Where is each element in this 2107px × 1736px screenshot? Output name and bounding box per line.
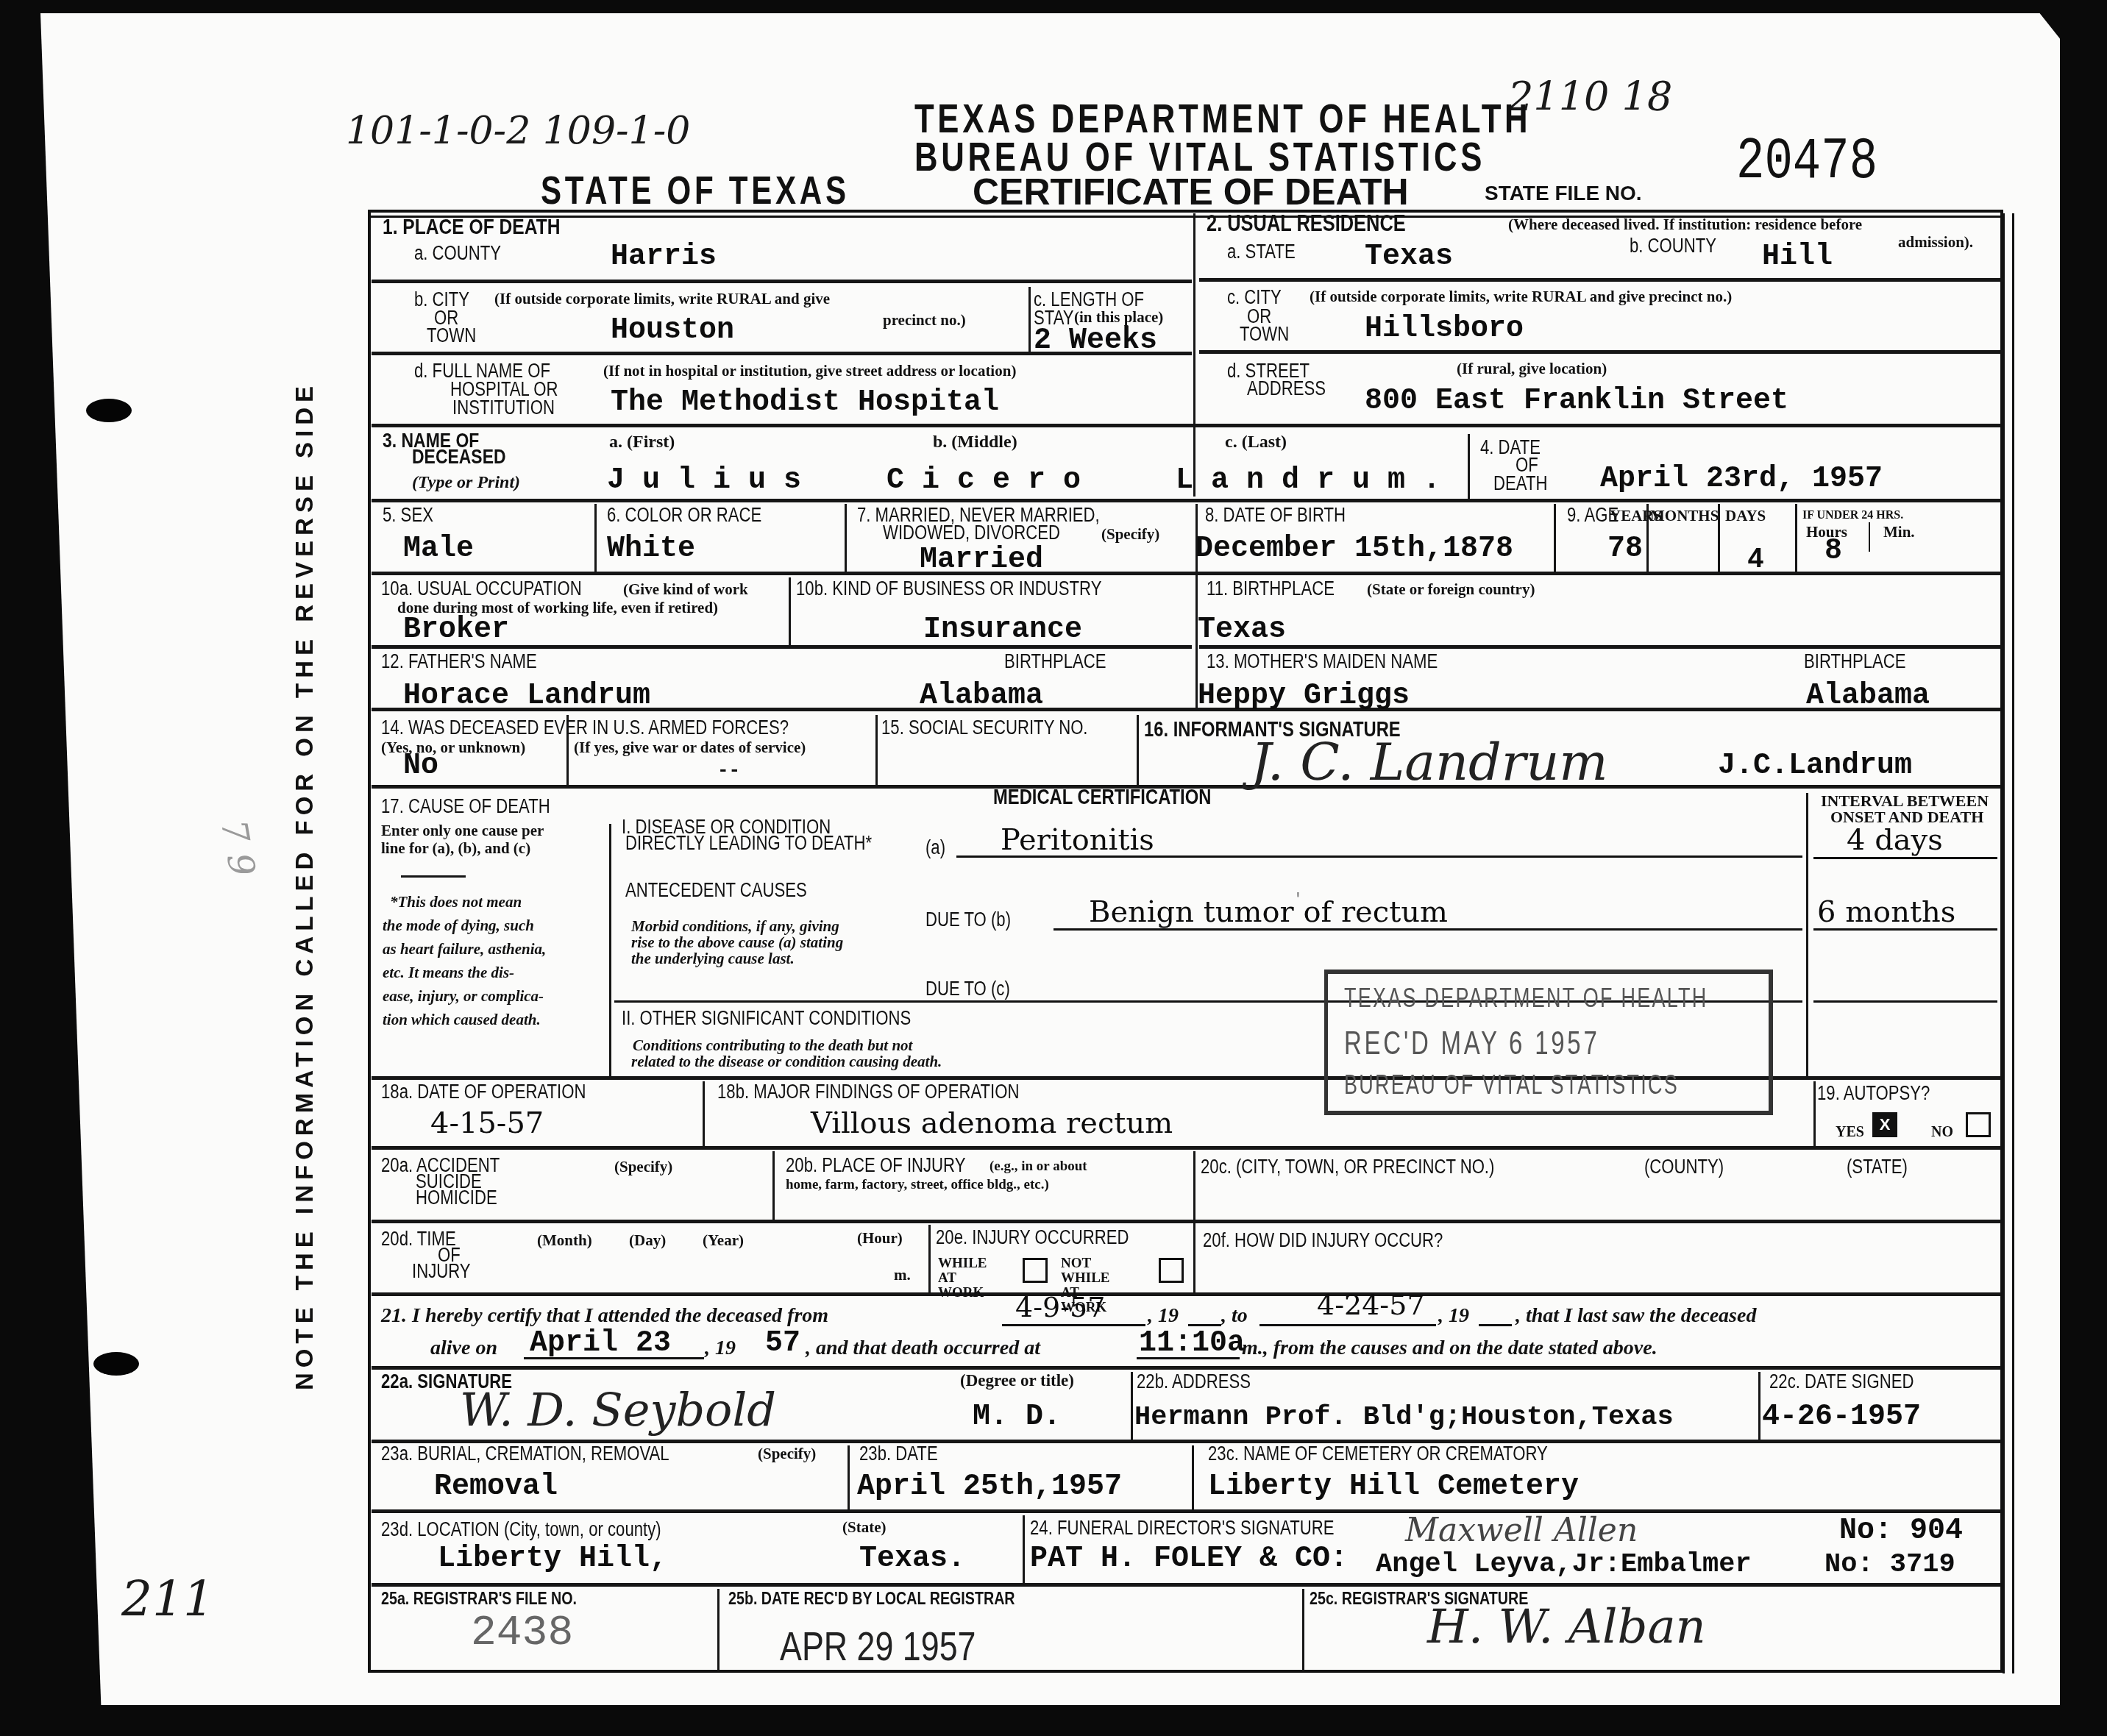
how-injury-label: 20f. HOW DID INJURY OCCUR? bbox=[1203, 1230, 1443, 1251]
armed-hint-2: (If yes, give war or dates of service) bbox=[574, 739, 806, 755]
rule bbox=[1199, 350, 2003, 354]
hour-label: (Hour) bbox=[857, 1230, 903, 1246]
registrar-file-no-field[interactable]: 2438 bbox=[471, 1609, 573, 1657]
disposition-date-field[interactable]: April 25th,1957 bbox=[857, 1471, 1122, 1504]
marital-status-field[interactable]: Married bbox=[920, 544, 1043, 577]
handwritten-codes-left: 101-1-0-2 109-1-0 bbox=[346, 109, 690, 153]
middle-name-label: b. (Middle) bbox=[933, 434, 1017, 450]
death-county-field[interactable]: Harris bbox=[611, 241, 717, 274]
birthplace-label: 11. BIRTHPLACE bbox=[1207, 578, 1335, 599]
marital-label-2: WIDOWED, DIVORCED bbox=[883, 522, 1060, 543]
column-divider bbox=[1468, 434, 1470, 500]
father-birthplace-label: BIRTHPLACE bbox=[1004, 651, 1106, 672]
injury-county-label: (COUNTY) bbox=[1644, 1156, 1724, 1177]
underline bbox=[1137, 1357, 1240, 1359]
cause-c-label: DUE TO (c) bbox=[925, 978, 1010, 999]
days-label: DAYS bbox=[1725, 508, 1766, 524]
column-divider bbox=[1028, 287, 1031, 352]
rule bbox=[372, 1292, 2001, 1296]
footnote-line-1: *This does not mean bbox=[390, 894, 522, 910]
stamp-line-1: TEXAS DEPARTMENT OF HEALTH bbox=[1344, 983, 1708, 1014]
injury-type-hint: (Specify) bbox=[614, 1159, 672, 1175]
certify-line-2-mid: , and that death occurred at bbox=[806, 1340, 1040, 1356]
usual-residence-hint-2: admission). bbox=[1898, 234, 1973, 250]
column-divider bbox=[789, 577, 791, 645]
informant-typed-name: J.C.Landrum bbox=[1718, 750, 1912, 783]
place-of-death-label: 1. PLACE OF DEATH bbox=[383, 217, 560, 238]
underline bbox=[1188, 1324, 1221, 1326]
date-of-death-label-3: DEATH bbox=[1493, 473, 1547, 494]
attended-to-field[interactable]: 4-24-57 bbox=[1317, 1289, 1425, 1321]
disposition-method-label: 23a. BURIAL, CREMATION, REMOVAL bbox=[381, 1443, 669, 1464]
funeral-director-name[interactable]: PAT H. FOLEY & CO: bbox=[1030, 1543, 1348, 1576]
autopsy-label: 19. AUTOPSY? bbox=[1817, 1083, 1930, 1103]
first-name-field[interactable]: J u l i u s bbox=[607, 465, 801, 497]
certify-to: , to bbox=[1221, 1308, 1248, 1324]
underline bbox=[1002, 1324, 1145, 1326]
am-pm-label: m. bbox=[894, 1267, 911, 1283]
city-label-town: TOWN bbox=[427, 325, 476, 346]
column-divider bbox=[1869, 522, 1870, 552]
embalmer-license-no: No: 3719 bbox=[1824, 1548, 1955, 1581]
antecedent-hint-3: the underlying cause last. bbox=[631, 950, 795, 967]
cause-b-label: DUE TO (b) bbox=[925, 909, 1011, 930]
physician-address-field[interactable]: Hermann Prof. Bld'g;Houston,Texas bbox=[1134, 1401, 1674, 1434]
occupation-field[interactable]: Broker bbox=[403, 614, 509, 647]
embalmer-name[interactable]: Angel Leyva,Jr:Embalmer bbox=[1376, 1548, 1752, 1581]
part1-label-2: DIRECTLY LEADING TO DEATH* bbox=[625, 833, 872, 853]
footnote-line-4: etc. It means the dis- bbox=[383, 964, 514, 981]
sex-field[interactable]: Male bbox=[403, 533, 474, 566]
armed-dates-field[interactable]: -- bbox=[717, 754, 740, 786]
min-label: Min. bbox=[1883, 524, 1915, 540]
funeral-license-no: No: 904 bbox=[1839, 1515, 1963, 1548]
ssn-label: 15. SOCIAL SECURITY NO. bbox=[881, 717, 1088, 738]
column-divider bbox=[1137, 715, 1139, 785]
marital-hint: (Specify) bbox=[1101, 526, 1159, 542]
rule bbox=[372, 499, 2001, 502]
column-divider bbox=[703, 1081, 705, 1146]
column-divider bbox=[717, 1589, 719, 1670]
age-years-field[interactable]: 78 bbox=[1607, 533, 1643, 566]
rule bbox=[372, 1146, 2001, 1150]
certify-line-1-pre: 21. I hereby certify that I attended the… bbox=[381, 1308, 828, 1324]
residence-city-label: c. CITY bbox=[1227, 287, 1282, 307]
interval-label-1: INTERVAL BETWEEN bbox=[1821, 793, 1989, 809]
handwritten-code-right: 2110 18 bbox=[1508, 74, 1672, 120]
informant-signature[interactable]: J. C. Landrum bbox=[1251, 732, 1608, 792]
medical-certification-title: MEDICAL CERTIFICATION bbox=[993, 787, 1211, 808]
rule bbox=[372, 424, 2001, 427]
date-signed-label: 22c. DATE SIGNED bbox=[1769, 1371, 1914, 1392]
part2-hint-2: related to the disease or condition caus… bbox=[631, 1053, 942, 1070]
degree-label: (Degree or title) bbox=[960, 1373, 1074, 1389]
stamp-line-3: BUREAU OF VITAL STATISTICS bbox=[1344, 1070, 1679, 1100]
sex-label: 5. SEX bbox=[383, 505, 433, 525]
underline bbox=[1259, 1324, 1436, 1326]
column-divider bbox=[1023, 1515, 1025, 1583]
injury-occurred-label: 20e. INJURY OCCURRED bbox=[936, 1227, 1129, 1248]
armed-forces-label: 14. WAS DECEASED EVER IN U.S. ARMED FORC… bbox=[381, 717, 789, 738]
rule bbox=[372, 1509, 2001, 1513]
attended-from-field[interactable]: 4-9-57 bbox=[1015, 1291, 1105, 1323]
column-divider bbox=[594, 504, 597, 572]
state-file-no-label: STATE FILE NO. bbox=[1485, 182, 1642, 205]
certify-19-a: , 19 bbox=[1148, 1308, 1179, 1324]
disposition-location-field[interactable]: Liberty Hill, bbox=[438, 1543, 667, 1576]
rule bbox=[401, 875, 466, 878]
autopsy-no-checkbox[interactable] bbox=[1966, 1112, 1991, 1137]
stay-hint: (in this place) bbox=[1074, 309, 1163, 325]
autopsy-yes-label: YES bbox=[1836, 1124, 1864, 1140]
certify-19-c: , 19 bbox=[705, 1340, 736, 1356]
column-divider bbox=[928, 1225, 931, 1292]
injury-location-label: 20c. (CITY, TOWN, OR PRECINCT NO.) bbox=[1201, 1156, 1494, 1177]
usual-residence-label: 2. USUAL RESIDENCE bbox=[1207, 213, 1406, 234]
last-name-label: c. (Last) bbox=[1225, 434, 1287, 450]
residence-state-field[interactable]: Texas bbox=[1365, 241, 1453, 274]
disposition-state-label: (State) bbox=[842, 1519, 886, 1535]
state-file-number: 20478 bbox=[1736, 129, 1877, 196]
disposition-date-label: 23b. DATE bbox=[859, 1443, 938, 1464]
column-divider bbox=[848, 1445, 850, 1509]
column-divider bbox=[1758, 1372, 1760, 1440]
hospital-field[interactable]: The Methodist Hospital bbox=[611, 387, 999, 419]
underline bbox=[524, 1357, 704, 1359]
column-divider bbox=[875, 715, 878, 785]
months-label: MONTHS bbox=[1650, 508, 1719, 524]
autopsy-yes-checkbox[interactable]: X bbox=[1872, 1112, 1897, 1137]
stamp-line-2: REC'D MAY 6 1957 bbox=[1344, 1025, 1600, 1062]
mother-name-field[interactable]: Heppy Griggs bbox=[1198, 680, 1410, 713]
punch-hole-top bbox=[86, 399, 132, 422]
certify-line-2-pre: alive on bbox=[430, 1340, 497, 1356]
funeral-director-signature[interactable]: Maxwell Allen bbox=[1405, 1512, 1638, 1549]
cemetery-label: 23c. NAME OF CEMETERY OR CREMATORY bbox=[1208, 1443, 1548, 1464]
disposition-state-field[interactable]: Texas. bbox=[859, 1543, 965, 1576]
column-divider bbox=[1192, 1445, 1194, 1509]
underline bbox=[1813, 857, 1997, 859]
interval-b-field[interactable]: 6 months bbox=[1817, 896, 1955, 928]
part2-label: II. OTHER SIGNIFICANT CONDITIONS bbox=[622, 1008, 911, 1028]
footnote-line-6: tion which caused death. bbox=[383, 1011, 541, 1028]
race-label: 6. COLOR OR RACE bbox=[607, 505, 761, 525]
column-divider bbox=[1302, 1589, 1304, 1670]
city-hint: (If outside corporate limits, write RURA… bbox=[494, 291, 830, 307]
residence-county-field[interactable]: Hill bbox=[1762, 241, 1833, 274]
name-label-3: (Type or Print) bbox=[412, 474, 520, 491]
rule bbox=[372, 1220, 2001, 1223]
last-name-field[interactable]: L a n d r u m . bbox=[1176, 465, 1440, 497]
father-birthplace-field[interactable]: Alabama bbox=[920, 680, 1043, 713]
column-divider bbox=[772, 1151, 775, 1220]
cemetery-field[interactable]: Liberty Hill Cemetery bbox=[1208, 1471, 1579, 1504]
footnote-line-5: ease, injury, or complica- bbox=[383, 988, 544, 1004]
rule bbox=[1199, 645, 2003, 649]
injury-place-hint-2: home, farm, factory, street, office bldg… bbox=[786, 1177, 1049, 1193]
registrar-file-no-label: 25a. REGISTRAR'S FILE NO. bbox=[381, 1589, 577, 1609]
rule bbox=[372, 1366, 2001, 1370]
operation-findings-field[interactable]: Villous adenoma rectum bbox=[811, 1107, 1173, 1139]
antecedent-label: ANTECEDENT CAUSES bbox=[625, 880, 807, 900]
mother-birthplace-field[interactable]: Alabama bbox=[1806, 680, 1930, 713]
autopsy-no-label: NO bbox=[1931, 1124, 1953, 1140]
injury-state-label: (STATE) bbox=[1847, 1156, 1908, 1177]
antecedent-hint-1: Morbid conditions, if any, giving bbox=[631, 918, 839, 934]
part2-hint-1: Conditions contributing to the death but… bbox=[633, 1037, 912, 1053]
column-divider bbox=[1131, 1372, 1133, 1440]
operation-date-field[interactable]: 4-15-57 bbox=[430, 1107, 544, 1139]
while-at-work-checkbox[interactable] bbox=[1023, 1258, 1048, 1283]
injury-type-label-3: HOMICIDE bbox=[416, 1187, 497, 1208]
middle-name-field[interactable]: C i c e r o bbox=[886, 465, 1081, 497]
underline bbox=[1053, 928, 1802, 931]
column-divider bbox=[1806, 793, 1808, 1076]
certify-19-b: , 19 bbox=[1438, 1308, 1469, 1324]
cause-hint-1: Enter only one cause per bbox=[381, 822, 544, 839]
hospital-label-3: INSTITUTION bbox=[452, 397, 555, 418]
certify-line-2-post: m., from the causes and on the date stat… bbox=[1242, 1340, 1657, 1356]
month-label: (Month) bbox=[537, 1232, 592, 1248]
mother-birthplace-label: BIRTHPLACE bbox=[1804, 651, 1906, 672]
hospital-hint: (If not in hospital or institution, give… bbox=[603, 363, 1016, 379]
date-signed-field[interactable]: 4-26-1957 bbox=[1762, 1401, 1921, 1434]
column-divider bbox=[1554, 504, 1556, 572]
occupation-hint: (Give kind of work bbox=[623, 581, 748, 597]
underline bbox=[1813, 928, 1997, 931]
operation-findings-label: 18b. MAJOR FINDINGS OF OPERATION bbox=[717, 1081, 1019, 1102]
county-label: a. COUNTY bbox=[414, 243, 501, 263]
last-seen-year-field[interactable]: 57 bbox=[765, 1328, 800, 1360]
race-field[interactable]: White bbox=[607, 533, 695, 566]
residence-city-field[interactable]: Hillsboro bbox=[1365, 313, 1524, 346]
interval-a-field[interactable]: 4 days bbox=[1847, 824, 1943, 856]
under-24-label: IF UNDER 24 HRS. bbox=[1802, 508, 1903, 524]
cause-hint-2: line for (a), (b), and (c) bbox=[381, 840, 530, 856]
registrar-signature[interactable]: H. W. Alban bbox=[1427, 1600, 1706, 1654]
first-name-label: a. (First) bbox=[609, 434, 675, 450]
time-of-death-field[interactable]: 11:10a bbox=[1139, 1328, 1245, 1360]
local-registrar-date-field[interactable]: APR 29 1957 bbox=[780, 1622, 976, 1670]
disposition-method-field[interactable]: Removal bbox=[434, 1471, 558, 1504]
handwritten-page-mark: 211 bbox=[121, 1570, 214, 1627]
usual-residence-hint: (Where deceased lived. If institution: r… bbox=[1508, 216, 1862, 232]
column-divider bbox=[1813, 1081, 1816, 1146]
residence-street-field[interactable]: 800 East Franklin Street bbox=[1365, 385, 1788, 418]
death-city-field[interactable]: Houston bbox=[611, 315, 734, 347]
cause-a-label: (a) bbox=[925, 837, 945, 858]
rule bbox=[372, 1583, 2001, 1587]
cause-of-death-label: 17. CAUSE OF DEATH bbox=[381, 796, 550, 817]
funeral-director-label: 24. FUNERAL DIRECTOR'S SIGNATURE bbox=[1030, 1518, 1334, 1538]
business-field[interactable]: Insurance bbox=[923, 614, 1082, 647]
street-label-2: ADDRESS bbox=[1247, 378, 1326, 399]
birthplace-hint: (State or foreign country) bbox=[1367, 581, 1535, 597]
street-hint: (If rural, give location) bbox=[1457, 360, 1607, 377]
residence-county-label: b. COUNTY bbox=[1630, 235, 1716, 256]
state-of-texas: STATE OF TEXAS bbox=[541, 168, 850, 213]
age-months-field[interactable]: 4 bbox=[1747, 544, 1764, 577]
father-name-label: 12. FATHER'S NAME bbox=[381, 651, 537, 672]
residence-city-hint: (If outside corporate limits, write RURA… bbox=[1310, 288, 1732, 305]
degree-field[interactable]: M. D. bbox=[973, 1401, 1061, 1434]
while-at-work-label: WHILE AT WORK bbox=[938, 1256, 989, 1301]
year-label: (Year) bbox=[703, 1232, 744, 1248]
length-of-stay-field[interactable]: 2 Weeks bbox=[1034, 325, 1157, 357]
last-seen-date-field[interactable]: April 23 bbox=[530, 1328, 671, 1360]
column-divider bbox=[845, 504, 847, 572]
cause-a-field[interactable]: Peritonitis bbox=[1001, 824, 1154, 856]
underline bbox=[956, 855, 1802, 858]
residence-state-label: a. STATE bbox=[1227, 241, 1296, 262]
disposition-location-label: 23d. LOCATION (City, town, or county) bbox=[381, 1519, 661, 1540]
business-label: 10b. KIND OF BUSINESS OR INDUSTRY bbox=[796, 578, 1101, 599]
birthplace-field[interactable]: Texas bbox=[1198, 614, 1286, 647]
name-label-2: DECEASED bbox=[412, 447, 506, 467]
antecedent-hint-2: rise to the above cause (a) stating bbox=[631, 934, 843, 950]
document-title: CERTIFICATE OF DEATH bbox=[973, 171, 1409, 213]
father-name-field[interactable]: Horace Landrum bbox=[403, 680, 650, 713]
occupation-label: 10a. USUAL OCCUPATION bbox=[381, 578, 582, 599]
armed-forces-field[interactable]: No bbox=[403, 750, 438, 783]
mother-name-label: 13. MOTHER'S MAIDEN NAME bbox=[1207, 651, 1438, 672]
physician-signature[interactable]: W. D. Seybold bbox=[460, 1383, 776, 1437]
dob-field[interactable]: December 15th,1878 bbox=[1195, 533, 1513, 566]
date-of-death-field[interactable]: April 23rd, 1957 bbox=[1600, 463, 1883, 496]
footnote-line-3: as heart failure, asthenia, bbox=[383, 941, 546, 957]
city-hint-2: precinct no.) bbox=[883, 312, 966, 328]
rule bbox=[1199, 278, 2003, 282]
injury-time-label-3: INJURY bbox=[412, 1261, 471, 1281]
residence-city-label-town: TOWN bbox=[1240, 324, 1289, 344]
column-divider bbox=[1193, 1151, 1195, 1292]
injury-place-hint: (e.g., in or about bbox=[989, 1159, 1087, 1175]
underline bbox=[1813, 1000, 1997, 1003]
operation-date-label: 18a. DATE OF OPERATION bbox=[381, 1081, 586, 1102]
column-divider bbox=[1193, 213, 1195, 497]
disposition-method-hint: (Specify) bbox=[758, 1445, 816, 1462]
injury-place-label: 20b. PLACE OF INJURY bbox=[786, 1155, 965, 1175]
reverse-side-note: NOTE THE INFORMATION CALLED FOR ON THE R… bbox=[291, 1331, 319, 1390]
form-right-border bbox=[2003, 213, 2014, 1673]
received-stamp: TEXAS DEPARTMENT OF HEALTH REC'D MAY 6 1… bbox=[1324, 970, 1773, 1115]
cause-b-field[interactable]: Benign tumor of rectum bbox=[1089, 896, 1448, 928]
certify-line-1-post: , that I last saw the deceased bbox=[1516, 1308, 1756, 1324]
local-registrar-date-label: 25b. DATE REC'D BY LOCAL REGISTRAR bbox=[728, 1589, 1015, 1609]
footnote-line-2: the mode of dying, such bbox=[383, 917, 534, 933]
underline bbox=[1479, 1324, 1512, 1326]
rule bbox=[372, 280, 1192, 283]
age-days-field[interactable]: 8 bbox=[1824, 536, 1842, 568]
dob-label: 8. DATE OF BIRTH bbox=[1205, 505, 1346, 525]
column-divider bbox=[609, 824, 611, 1076]
column-divider bbox=[1795, 504, 1797, 572]
day-label: (Day) bbox=[629, 1232, 666, 1248]
not-while-at-work-checkbox[interactable] bbox=[1159, 1258, 1184, 1283]
physician-address-label: 22b. ADDRESS bbox=[1137, 1371, 1251, 1392]
punch-hole-bottom bbox=[93, 1352, 139, 1376]
